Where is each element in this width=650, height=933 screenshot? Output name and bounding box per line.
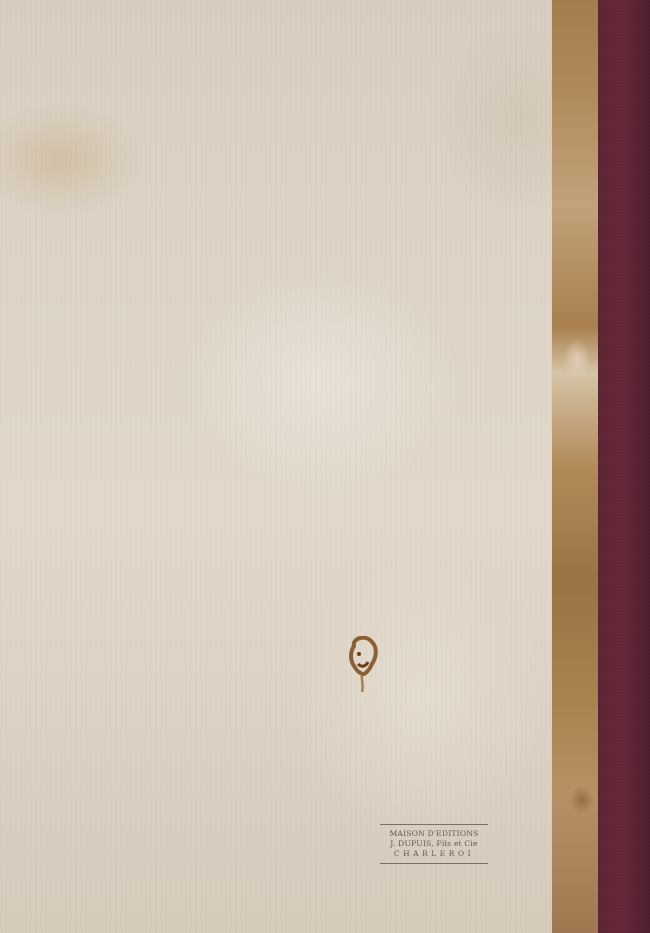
imprint-line-name: J. DUPUIS, Fils et Cie (380, 839, 488, 849)
imprint-bottom-rule (380, 863, 488, 864)
portrait-stain-icon (346, 636, 380, 696)
book-back-cover (0, 0, 560, 933)
spine-tape (552, 0, 602, 933)
imprint-line-publisher: MAISON D'EDITIONS (380, 829, 488, 839)
book-spine (598, 0, 650, 933)
imprint-top-rule (380, 824, 488, 825)
imprint-line-city: CHARLEROI (380, 849, 488, 859)
publisher-imprint: MAISON D'EDITIONS J. DUPUIS, Fils et Cie… (380, 824, 488, 864)
